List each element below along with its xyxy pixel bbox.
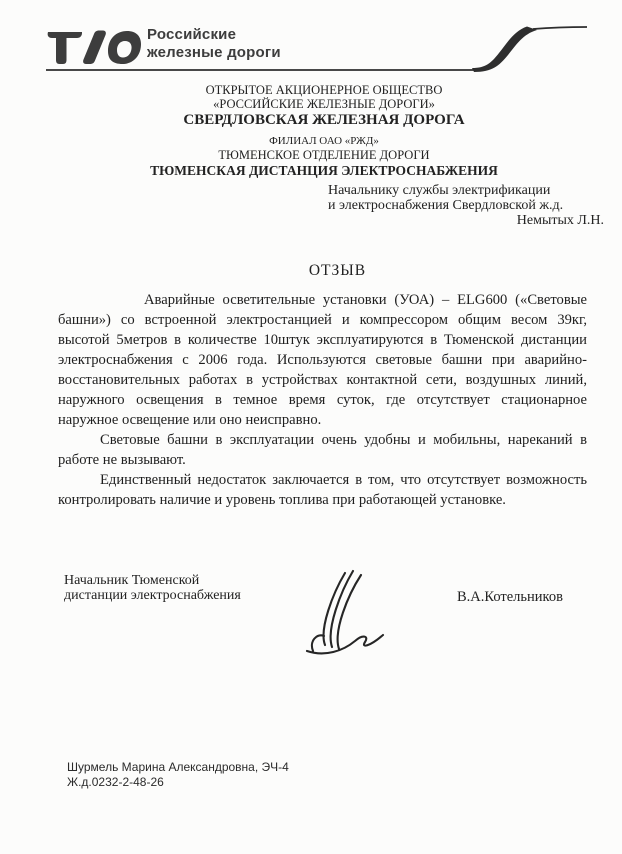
scanned-letter-page: Российские железные дороги ОТКРЫТОЕ АКЦИ… bbox=[0, 0, 622, 854]
signer-position-line-1: Начальник Тюменской bbox=[64, 574, 241, 589]
document-title: ОТЗЫВ bbox=[58, 262, 587, 280]
body-paragraph: Единственный недостаток заключается в то… bbox=[58, 470, 587, 510]
letterhead-org-block: ОТКРЫТОЕ АКЦИОНЕРНОЕ ОБЩЕСТВО «РОССИЙСКИ… bbox=[0, 83, 622, 178]
addressee-line-2: и электроснабжения Свердловской ж.д. bbox=[328, 198, 604, 213]
handwritten-signature bbox=[295, 563, 405, 655]
addressee-name: Немытых Л.Н. bbox=[328, 213, 604, 228]
signer-position: Начальник Тюменской дистанции электросна… bbox=[64, 574, 241, 603]
org-line-railroad: СВЕРДЛОВСКАЯ ЖЕЛЕЗНАЯ ДОРОГА bbox=[26, 112, 622, 129]
signer-name: В.А.Котельников bbox=[457, 589, 563, 606]
document-body: Аварийные осветительные установки (УОА) … bbox=[58, 290, 587, 510]
body-paragraph: Аварийные осветительные установки (УОА) … bbox=[58, 290, 587, 430]
org-line: ТЮМЕНСКОЕ ОТДЕЛЕНИЕ ДОРОГИ bbox=[26, 148, 622, 162]
org-line: ФИЛИАЛ ОАО «РЖД» bbox=[26, 135, 622, 147]
executor-phone: Ж.д.0232-2-48-26 bbox=[67, 775, 289, 790]
executor-name: Шурмель Марина Александровна, ЭЧ-4 bbox=[67, 760, 289, 775]
executor-block: Шурмель Марина Александровна, ЭЧ-4 Ж.д.0… bbox=[67, 760, 289, 790]
org-line-distance: ТЮМЕНСКАЯ ДИСТАНЦИЯ ЭЛЕКТРОСНАБЖЕНИЯ bbox=[26, 163, 622, 178]
org-line: ОТКРЫТОЕ АКЦИОНЕРНОЕ ОБЩЕСТВО bbox=[26, 83, 622, 97]
body-paragraph: Световые башни в эксплуатации очень удоб… bbox=[58, 430, 587, 470]
addressee-line-1: Начальнику службы электрификации bbox=[328, 183, 604, 198]
org-line: «РОССИЙСКИЕ ЖЕЛЕЗНЫЕ ДОРОГИ» bbox=[26, 97, 622, 111]
letterhead-rule-swoosh bbox=[40, 20, 600, 80]
addressee-block: Начальнику службы электрификации и элект… bbox=[328, 183, 604, 228]
signer-position-line-2: дистанции электроснабжения bbox=[64, 589, 241, 604]
